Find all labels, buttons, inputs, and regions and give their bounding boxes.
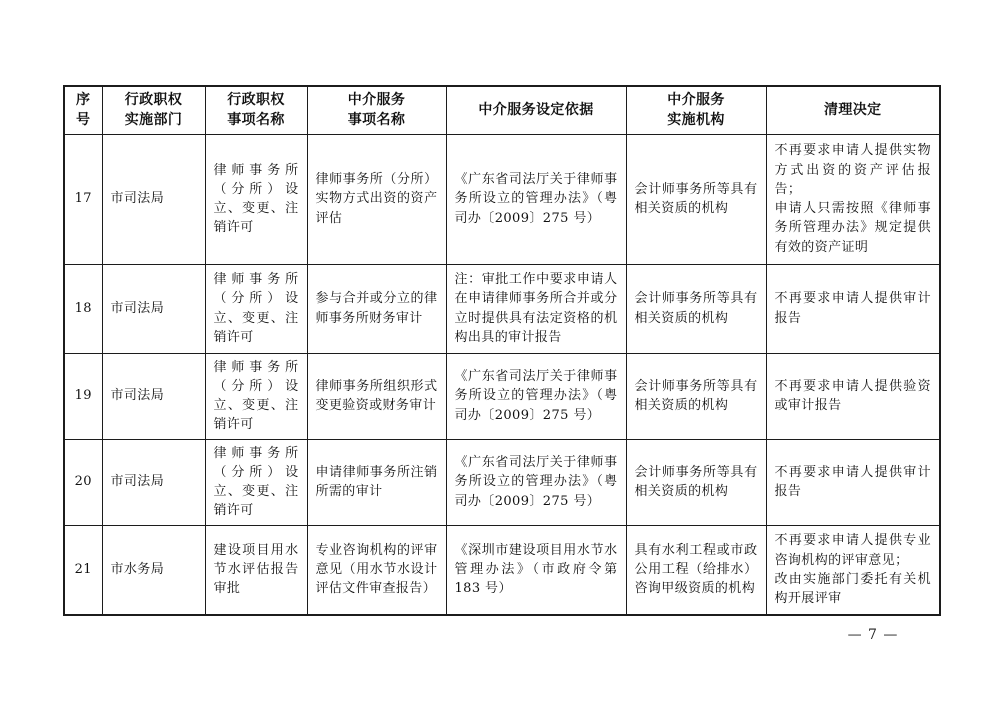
cell-power-item-name: 律师事务所（分所）设立、变更、注销许可 [205, 353, 307, 439]
cell-agency: 会计师事务所等具有相关资质的机构 [626, 353, 766, 439]
cell-agency: 具有水利工程或市政公用工程（给排水）咨询甲级资质的机构 [626, 525, 766, 615]
cell-serial-number: 18 [64, 264, 102, 353]
cell-agency: 会计师事务所等具有相关资质的机构 [626, 264, 766, 353]
cell-agency: 会计师事务所等具有相关资质的机构 [626, 134, 766, 264]
cell-basis: 注：审批工作中要求申请人在申请律师事务所合并或分立时提供具有法定资格的机构出具的… [446, 264, 626, 353]
cell-serial-number: 20 [64, 439, 102, 525]
header-serial-number: 序 号 [64, 86, 102, 134]
cell-service-item-name: 律师事务所（分所）实物方式出资的资产评估 [307, 134, 446, 264]
cell-basis: 《广东省司法厅关于律师事务所设立的管理办法》（粤司办〔2009〕275 号） [446, 439, 626, 525]
cell-power-item-name: 律师事务所（分所）设立、变更、注销许可 [205, 439, 307, 525]
cell-power-item-name: 建设项目用水节水评估报告审批 [205, 525, 307, 615]
cell-serial-number: 19 [64, 353, 102, 439]
table-row: 20市司法局律师事务所（分所）设立、变更、注销许可申请律师事务所注销所需的审计《… [64, 439, 940, 525]
cell-decision: 不再要求申请人提供验资或审计报告 [766, 353, 940, 439]
cell-department: 市司法局 [102, 264, 205, 353]
cell-department: 市司法局 [102, 134, 205, 264]
cell-serial-number: 17 [64, 134, 102, 264]
cell-decision: 不再要求申请人提供专业咨询机构的评审意见； 改由实施部门委托有关机构开展评审 [766, 525, 940, 615]
cell-basis: 《广东省司法厅关于律师事务所设立的管理办法》（粤司办〔2009〕275 号） [446, 353, 626, 439]
document-page: 序 号 行政职权 实施部门 行政职权 事项名称 中介服务 事项名称 中介服务设定… [0, 0, 1000, 707]
cell-decision: 不再要求申请人提供审计报告 [766, 264, 940, 353]
header-implementing-department: 行政职权 实施部门 [102, 86, 205, 134]
header-service-item-name: 中介服务 事项名称 [307, 86, 446, 134]
table-body: 17市司法局律师事务所（分所）设立、变更、注销许可律师事务所（分所）实物方式出资… [64, 134, 940, 615]
header-service-agency: 中介服务 实施机构 [626, 86, 766, 134]
cell-power-item-name: 律师事务所（分所）设立、变更、注销许可 [205, 264, 307, 353]
table-row: 21市水务局建设项目用水节水评估报告审批专业咨询机构的评审意见（用水节水设计评估… [64, 525, 940, 615]
intermediary-service-clearance-table: 序 号 行政职权 实施部门 行政职权 事项名称 中介服务 事项名称 中介服务设定… [63, 85, 941, 616]
cell-service-item-name: 专业咨询机构的评审意见（用水节水设计评估文件审查报告） [307, 525, 446, 615]
cell-service-item-name: 申请律师事务所注销所需的审计 [307, 439, 446, 525]
table-row: 19市司法局律师事务所（分所）设立、变更、注销许可律师事务所组织形式变更验资或财… [64, 353, 940, 439]
page-number: — 7 — [828, 627, 918, 643]
cell-power-item-name: 律师事务所（分所）设立、变更、注销许可 [205, 134, 307, 264]
cell-serial-number: 21 [64, 525, 102, 615]
header-service-basis: 中介服务设定依据 [446, 86, 626, 134]
cell-department: 市司法局 [102, 353, 205, 439]
table-row: 18市司法局律师事务所（分所）设立、变更、注销许可参与合并或分立的律师事务所财务… [64, 264, 940, 353]
cell-basis: 《深圳市建设项目用水节水管理办法》（市政府令第 183 号） [446, 525, 626, 615]
cell-service-item-name: 参与合并或分立的律师事务所财务审计 [307, 264, 446, 353]
header-clearance-decision: 清理决定 [766, 86, 940, 134]
cell-service-item-name: 律师事务所组织形式变更验资或财务审计 [307, 353, 446, 439]
cell-department: 市司法局 [102, 439, 205, 525]
cell-decision: 不再要求申请人提供审计报告 [766, 439, 940, 525]
header-power-item-name: 行政职权 事项名称 [205, 86, 307, 134]
cell-agency: 会计师事务所等具有相关资质的机构 [626, 439, 766, 525]
cell-basis: 《广东省司法厅关于律师事务所设立的管理办法》（粤司办〔2009〕275 号） [446, 134, 626, 264]
cell-decision: 不再要求申请人提供实物方式出资的资产评估报告； 申请人只需按照《律师事务所管理办… [766, 134, 940, 264]
table-row: 17市司法局律师事务所（分所）设立、变更、注销许可律师事务所（分所）实物方式出资… [64, 134, 940, 264]
cell-department: 市水务局 [102, 525, 205, 615]
table-header-row: 序 号 行政职权 实施部门 行政职权 事项名称 中介服务 事项名称 中介服务设定… [64, 86, 940, 134]
